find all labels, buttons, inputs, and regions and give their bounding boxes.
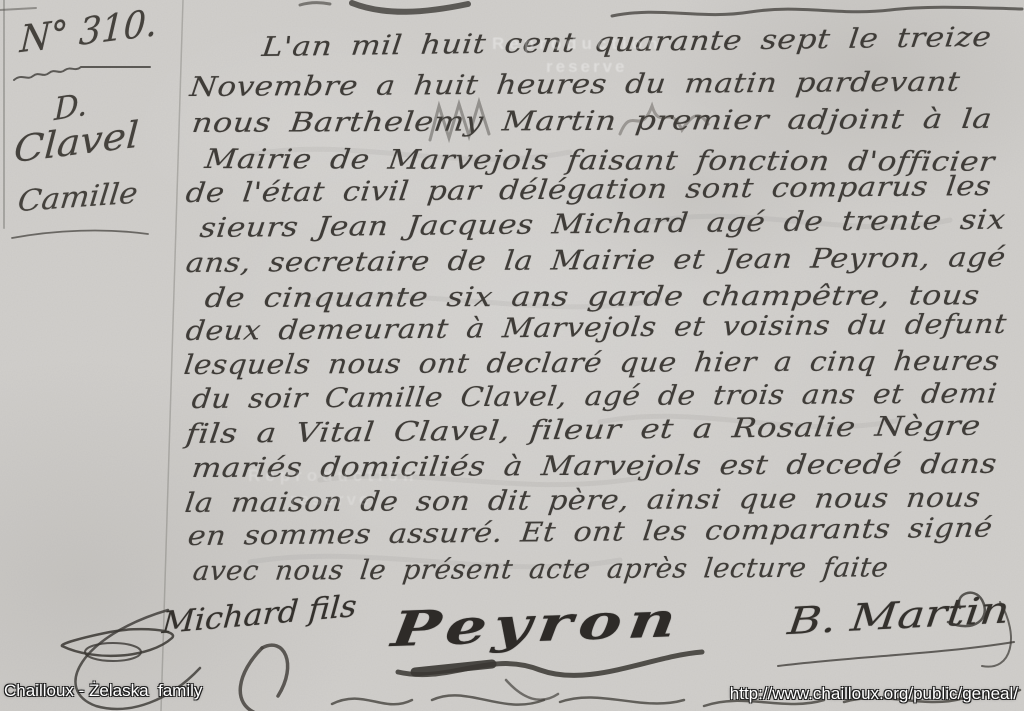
document-scan: N° 310. D. Clavel Camille L'an mil huit … <box>0 0 1024 711</box>
watermark-line2: reserve <box>546 57 628 77</box>
watermark-line2-repeat: reserve <box>290 490 372 510</box>
watermark-line1: Reproduction <box>492 34 663 54</box>
next-record-fragments <box>0 0 1024 711</box>
footer-family-label: Chailloux - Żelaska family <box>4 681 202 701</box>
watermark-line1-repeat: Reproduction <box>248 466 419 486</box>
footer-url-label: http://www.chailloux.org/public/geneal/ <box>730 684 1018 704</box>
